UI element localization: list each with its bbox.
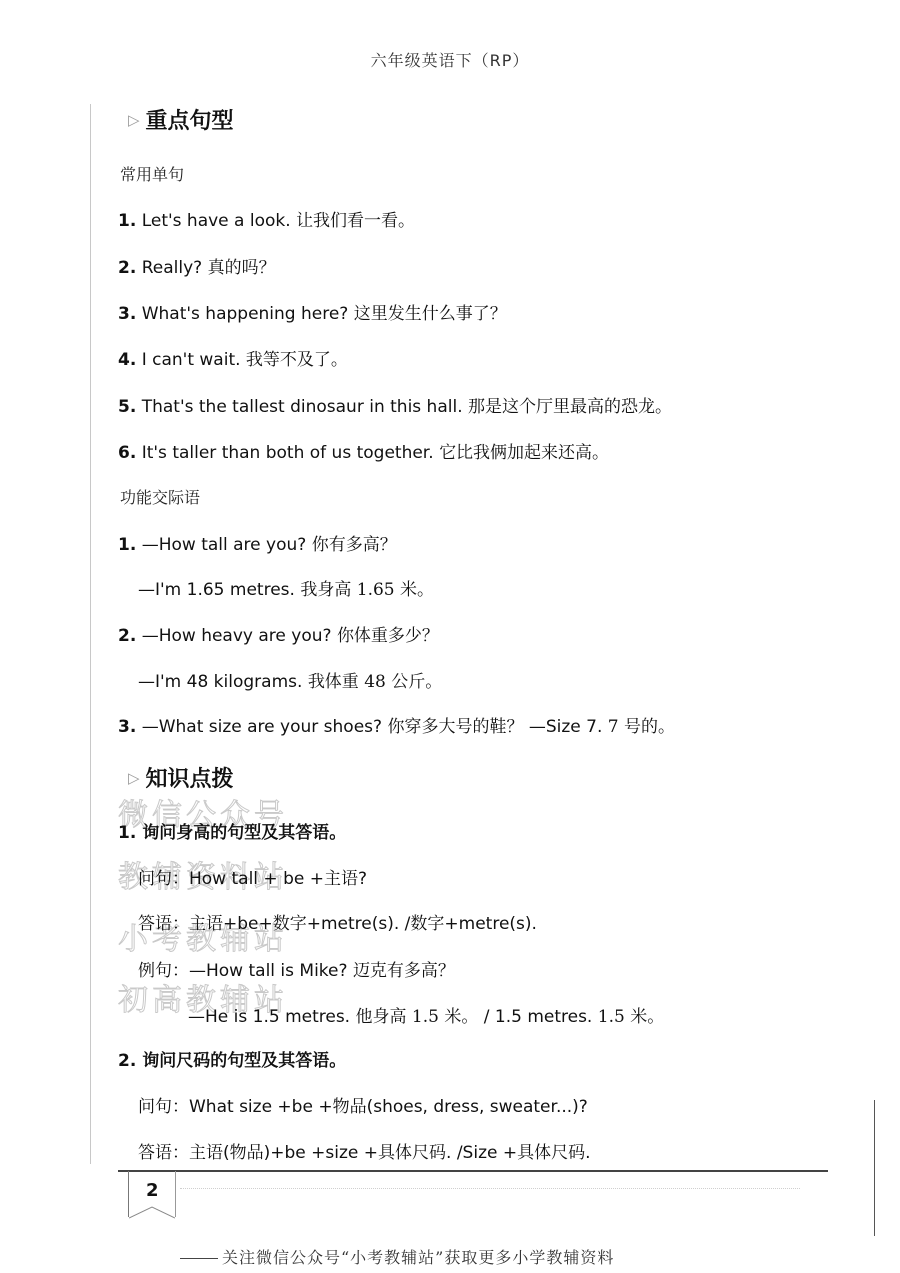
item-number: 3. <box>118 304 136 324</box>
subheading-common-sentences: 常用单句 <box>120 162 184 185</box>
english-text: —What size are your shoes? <box>142 717 382 737</box>
sentence-item: 1. Let's have a look. 让我们看一看。 <box>118 206 415 231</box>
chinese-text: 迈克有多高？ <box>353 961 455 981</box>
english-text: —How heavy are you? <box>142 626 332 646</box>
pattern-label: 问句： <box>138 869 189 889</box>
knowledge-point-title: 2. 询问尺码的句型及其答语。 <box>118 1046 346 1071</box>
dialogue-answer: —I'm 48 kilograms. 我体重 48 公斤。 <box>138 667 442 692</box>
chinese-text: 那是这个厅里最高的恐龙。 <box>468 397 672 417</box>
chinese-text: 真的吗？ <box>208 258 276 278</box>
english-text: Let's have a look. <box>142 211 291 231</box>
chinese-text: 7 号的。 <box>608 717 675 737</box>
dialogue-question: 2. —How heavy are you? 你体重多少？ <box>118 621 439 646</box>
page-number: 2 <box>146 1180 159 1201</box>
bookmark-notch-icon <box>129 1205 175 1219</box>
pattern-text: How tall + be +主语? <box>189 869 367 889</box>
english-text: It's taller than both of us together. <box>142 443 434 463</box>
item-number: 3. <box>118 717 136 737</box>
english-text: —How tall is Mike? <box>189 961 348 981</box>
pattern-answer: 答语：主语(物品)+be +size +具体尺码. /Size +具体尺码. <box>138 1138 591 1163</box>
english-text: —He is 1.5 metres. <box>188 1007 350 1027</box>
footer-dotted-rule <box>180 1188 800 1190</box>
english-text: That's the tallest dinosaur in this hall… <box>142 397 463 417</box>
right-margin-rule <box>874 1100 875 1236</box>
english-text: I can't wait. <box>142 350 241 370</box>
chinese-text: 我等不及了。 <box>246 350 348 370</box>
pattern-text: 主语+be+数字+metre(s). /数字+metre(s). <box>189 914 537 934</box>
chinese-text: 你体重多少？ <box>337 626 439 646</box>
pattern-text: 主语(物品)+be +size +具体尺码. /Size +具体尺码. <box>189 1143 591 1163</box>
english-text: —I'm 1.65 metres. <box>138 580 295 600</box>
item-number: 6. <box>118 443 136 463</box>
pattern-label: 答语： <box>138 1143 189 1163</box>
chevron-right-icon: ▷ <box>128 111 140 129</box>
item-number: 2. <box>118 258 136 278</box>
sentence-item: 6. It's taller than both of us together.… <box>118 438 609 463</box>
pattern-question: 问句：How tall + be +主语? <box>138 864 367 889</box>
section-heading-knowledge-points: ▷ 知识点拨 <box>128 762 234 793</box>
footer-dash <box>180 1258 218 1259</box>
knowledge-point-title: 1. 询问身高的句型及其答语。 <box>118 818 346 843</box>
section-heading-text: 知识点拨 <box>146 762 234 793</box>
chinese-text: 1.5 米。 <box>598 1007 664 1027</box>
sentence-item: 3. What's happening here? 这里发生什么事了？ <box>118 299 507 324</box>
running-header-title: 六年级英语下（RP） <box>0 48 900 71</box>
pattern-answer: 答语：主语+be+数字+metre(s). /数字+metre(s). <box>138 909 537 934</box>
english-text: —Size 7. <box>529 717 603 737</box>
footer-note-text: 关注微信公众号“小考教辅站”获取更多小学教辅资料 <box>222 1248 614 1267</box>
dialogue-question: 1. —How tall are you? 你有多高？ <box>118 530 397 555</box>
pattern-text: What size +be +物品(shoes, dress, sweater.… <box>189 1097 588 1117</box>
chinese-text: 这里发生什么事了？ <box>354 304 507 324</box>
chinese-text: 你穿多大号的鞋？ <box>387 717 523 737</box>
chinese-text: 你有多高？ <box>312 535 397 555</box>
chinese-text: 让我们看一看。 <box>296 211 415 231</box>
sentence-item: 5. That's the tallest dinosaur in this h… <box>118 392 672 417</box>
sentence-item: 4. I can't wait. 我等不及了。 <box>118 345 348 370</box>
chevron-right-icon: ▷ <box>128 769 140 787</box>
left-margin-rule <box>90 104 91 1164</box>
item-number: 4. <box>118 350 136 370</box>
item-number: 1. <box>118 211 136 231</box>
english-text: —How tall are you? <box>142 535 307 555</box>
footer-note: 关注微信公众号“小考教辅站”获取更多小学教辅资料 <box>180 1245 614 1268</box>
item-number: 5. <box>118 397 136 417</box>
pattern-label: 答语： <box>138 914 189 934</box>
chinese-text: 我身高 1.65 米。 <box>300 580 434 600</box>
example-answer: —He is 1.5 metres. 他身高 1.5 米。 / 1.5 metr… <box>188 1002 664 1027</box>
chinese-text: 我体重 48 公斤。 <box>308 672 442 692</box>
chinese-text: 他身高 1.5 米。 <box>356 1007 479 1027</box>
dialogue-question: 3. —What size are your shoes? 你穿多大号的鞋？ —… <box>118 712 675 737</box>
subheading-functional-phrases: 功能交际语 <box>120 485 200 508</box>
chinese-text: 它比我俩加起来还高。 <box>439 443 609 463</box>
dialogue-answer: —I'm 1.65 metres. 我身高 1.65 米。 <box>138 575 434 600</box>
english-text: Really? <box>142 258 202 278</box>
footer-rule <box>118 1170 828 1172</box>
english-text: —I'm 48 kilograms. <box>138 672 302 692</box>
pattern-question: 问句：What size +be +物品(shoes, dress, sweat… <box>138 1092 588 1117</box>
section-heading-text: 重点句型 <box>146 104 234 135</box>
example-question: 例句：—How tall is Mike? 迈克有多高？ <box>138 956 455 981</box>
sentence-item: 2. Really? 真的吗？ <box>118 253 276 278</box>
item-number: 2. <box>118 626 136 646</box>
section-heading-key-sentences: ▷ 重点句型 <box>128 104 234 135</box>
english-text: / 1.5 metres. <box>484 1007 593 1027</box>
pattern-label: 问句： <box>138 1097 189 1117</box>
example-label: 例句： <box>138 961 189 981</box>
item-number: 1. <box>118 535 136 555</box>
english-text: What's happening here? <box>142 304 349 324</box>
